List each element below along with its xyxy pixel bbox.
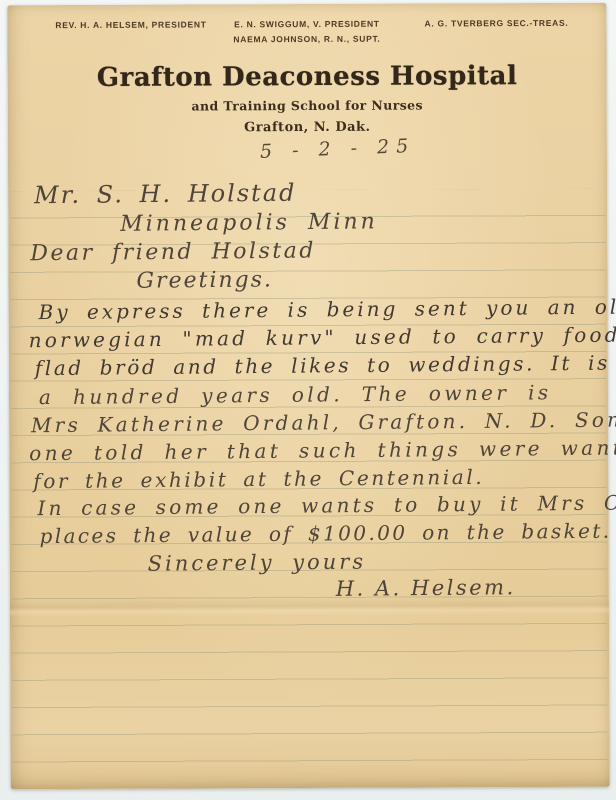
letterhead-subtitle: and Training School for Nurses	[8, 97, 607, 115]
hospital-name: Grafton Deaconess Hospital	[8, 61, 607, 94]
body-line: places the value of $100.00 on the baske…	[39, 518, 616, 548]
closing: Sincerely yours	[148, 550, 367, 576]
body-line: one told her that such things were wante…	[29, 435, 616, 465]
body-line: Mrs Katherine Ordahl, Grafton. N. D. Som…	[31, 407, 616, 437]
officer-superintendent: NAEMA JOHNSON, R. N., SUPT.	[233, 34, 380, 45]
officer-president: REV. H. A. HELSEM, PRESIDENT	[55, 19, 206, 30]
letter-page: REV. H. A. HELSEM, PRESIDENT E. N. SWIGG…	[7, 3, 609, 790]
body-line: norwegian "mad kurv" used to carry food …	[29, 322, 616, 352]
recipient-city: Minneapolis Minn	[120, 209, 378, 236]
officer-sec-treas: A. G. TVERBERG SEC.-TREAS.	[425, 18, 569, 29]
signature: H. A. Helsem.	[336, 575, 516, 601]
letterhead-officers: REV. H. A. HELSEM, PRESIDENT E. N. SWIGG…	[7, 16, 606, 53]
officer-center-block: E. N. SWIGGUM, V. PRESIDENT NAEMA JOHNSO…	[233, 19, 380, 45]
body-line: By express there is being sent you an ol…	[38, 294, 616, 324]
body-line: flad bröd and the likes to weddings. It …	[35, 351, 610, 381]
recipient-name: Mr. S. H. Holstad	[34, 179, 297, 210]
handwritten-date: 5 - 2 - 25	[260, 135, 416, 163]
letterhead-location: Grafton, N. Dak.	[8, 119, 607, 137]
body-line: In case some one wants to buy it Mrs Ord…	[37, 490, 616, 520]
greeting: Greetings.	[136, 267, 273, 293]
body-line: a hundred years old. The owner is	[39, 380, 552, 409]
paper-crease	[10, 597, 609, 618]
salutation: Dear friend Holstad	[30, 238, 316, 266]
body-line: for the exhibit at the Centennial.	[33, 465, 484, 493]
officer-vice-president: E. N. SWIGGUM, V. PRESIDENT	[234, 19, 380, 30]
